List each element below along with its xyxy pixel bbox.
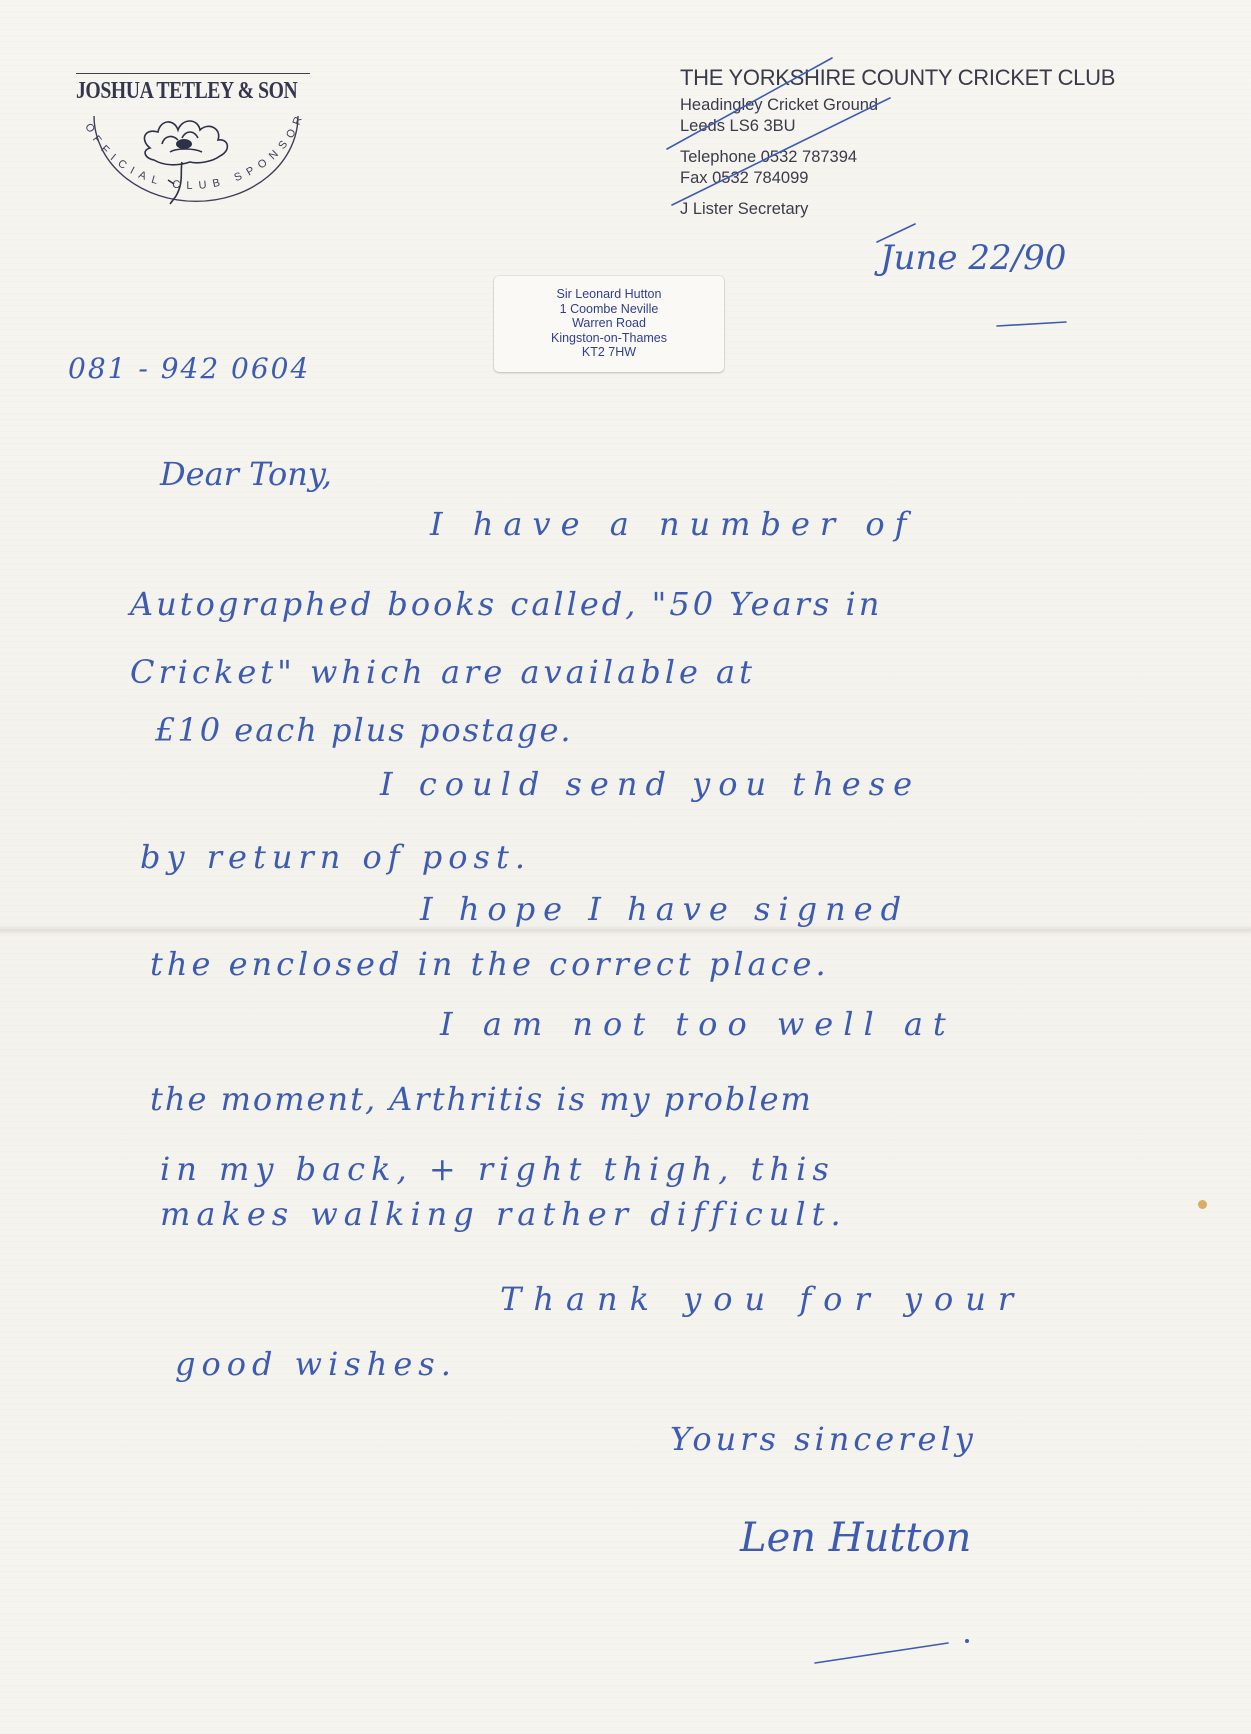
signature: Len Hutton bbox=[740, 1515, 971, 1561]
body-line: I hope I have signed bbox=[420, 890, 909, 928]
body-line: Autographed books called, "50 Years in bbox=[130, 585, 882, 623]
salutation: Dear Tony, bbox=[160, 455, 332, 493]
paper-stain bbox=[1198, 1200, 1207, 1209]
date-dash bbox=[997, 322, 1066, 326]
club-title: THE YORKSHIRE COUNTY CRICKET CLUB bbox=[680, 65, 1115, 91]
sponsor-logo: JOSHUA TETLEY & SON OFFICIAL CLUB SPONSO… bbox=[70, 72, 310, 222]
body-line: Cricket" which are available at bbox=[130, 653, 756, 691]
label-line: Kingston-on-Thames bbox=[494, 331, 724, 346]
closing: Yours sincerely bbox=[670, 1420, 977, 1458]
handwritten-phone: 081 - 942 0604 bbox=[68, 352, 310, 385]
body-line: good wishes. bbox=[175, 1345, 457, 1383]
handwritten-date: June 22/90 bbox=[880, 238, 1066, 278]
signature-dash bbox=[815, 1643, 948, 1663]
body-line: the moment, Arthritis is my problem bbox=[150, 1080, 813, 1118]
body-line: £10 each plus postage. bbox=[155, 711, 573, 749]
label-line: 1 Coombe Neville bbox=[494, 302, 724, 317]
label-line: Warren Road bbox=[494, 316, 724, 331]
club-fax: Fax 0532 784099 bbox=[680, 168, 1115, 189]
club-secretary: J Lister Secretary bbox=[680, 199, 1115, 220]
club-letterhead: THE YORKSHIRE COUNTY CRICKET CLUB Headin… bbox=[680, 65, 1115, 220]
body-line: the enclosed in the correct place. bbox=[150, 945, 830, 983]
body-line: in my back, + right thigh, this bbox=[160, 1150, 835, 1188]
white-rose-icon: OFFICIAL CLUB SPONSOR bbox=[70, 100, 310, 225]
body-line: I am not too well at bbox=[440, 1005, 956, 1043]
body-line: Thank you for your bbox=[500, 1280, 1025, 1318]
club-telephone: Telephone 0532 787394 bbox=[680, 147, 1115, 168]
address-label: Sir Leonard Hutton 1 Coombe Neville Warr… bbox=[494, 276, 724, 372]
label-line: KT2 7HW bbox=[494, 345, 724, 360]
club-address-line-1: Headingley Cricket Ground bbox=[680, 95, 1115, 116]
body-line: I could send you these bbox=[380, 765, 920, 803]
label-line: Sir Leonard Hutton bbox=[494, 287, 724, 302]
body-line: by return of post. bbox=[140, 838, 531, 876]
club-address-line-2: Leeds LS6 3BU bbox=[680, 116, 1115, 137]
logo-rule bbox=[76, 73, 310, 74]
body-line: I have a number of bbox=[430, 505, 917, 543]
body-line: makes walking rather difficult. bbox=[160, 1195, 847, 1233]
